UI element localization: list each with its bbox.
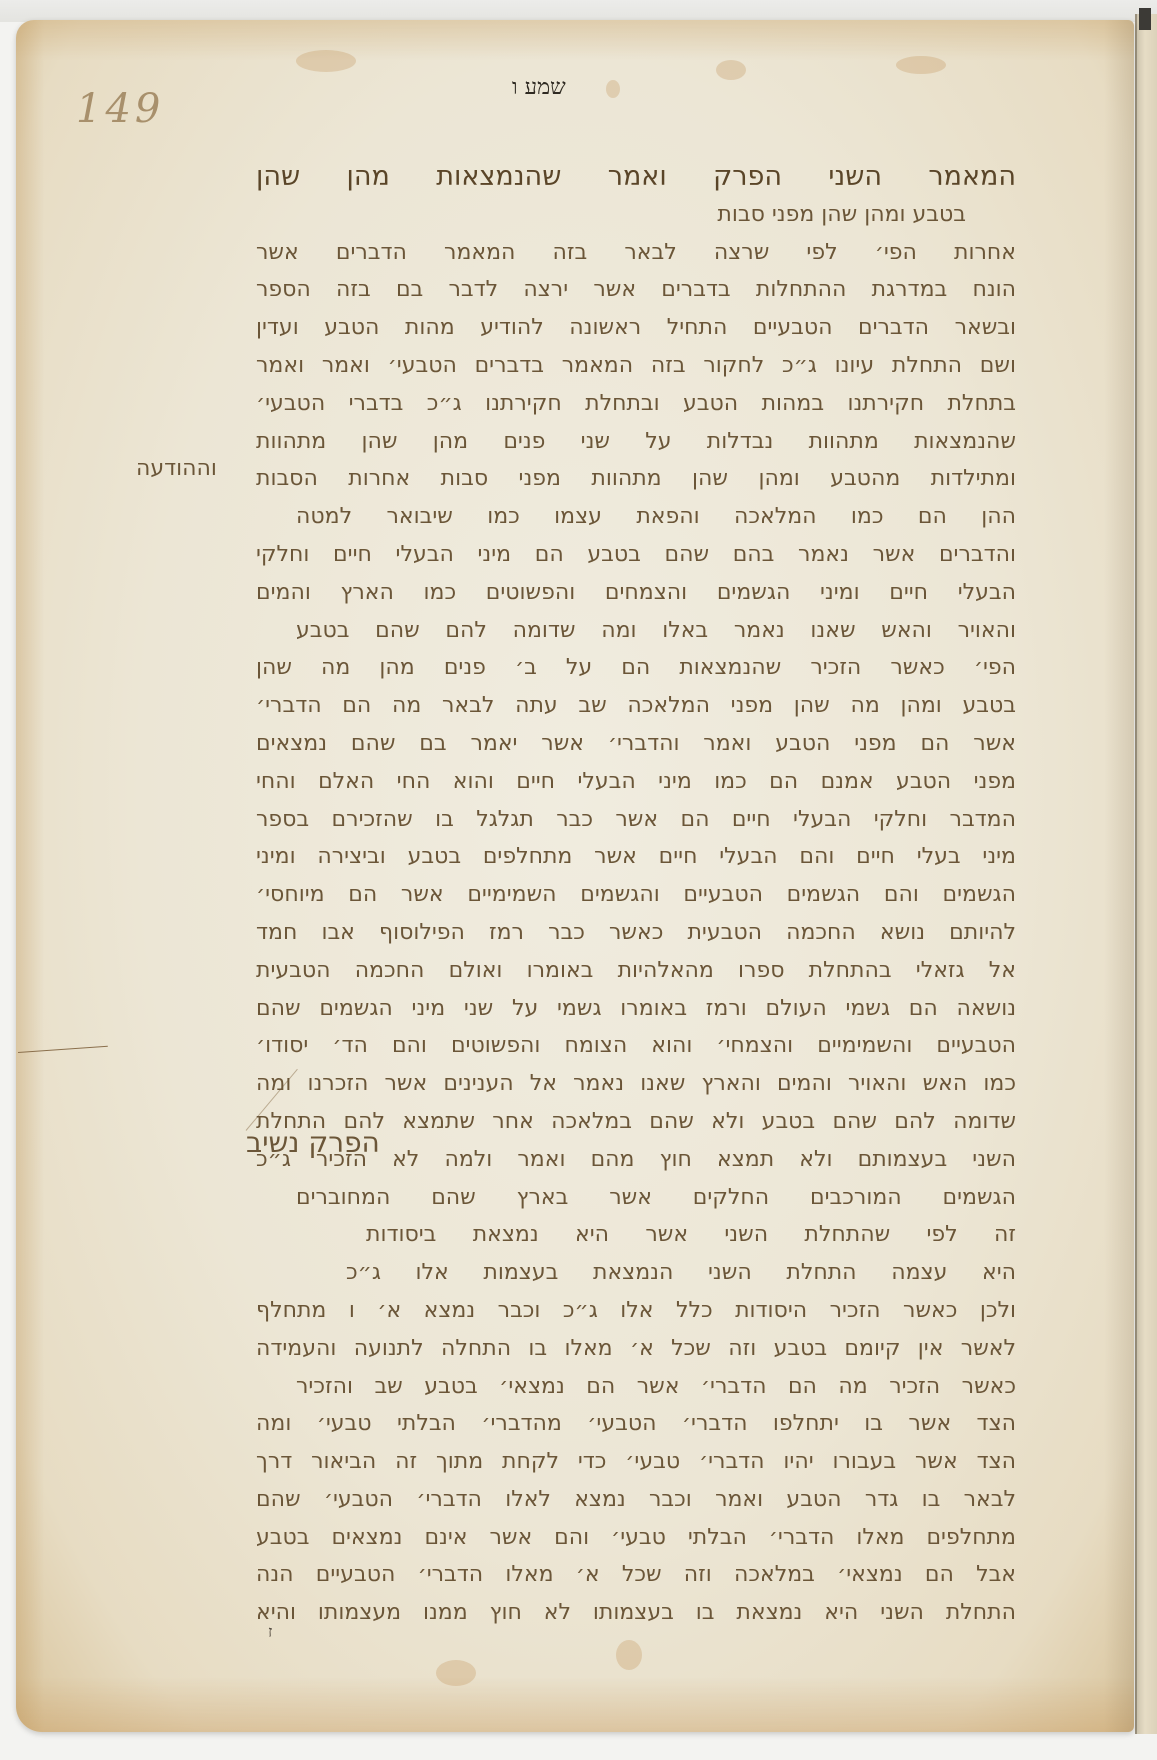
text-line: בטבע ומהן מה שהן מפני המלאכה שב עתה לבאר… [256, 687, 1016, 725]
text-line: בטבע ומהן שהן מפני סבות [256, 196, 1016, 234]
gutter-shadow [1104, 20, 1134, 1732]
text-line: הצד אשר בעבורו יהיו הדברי׳ טבעי׳ כדי לקח… [256, 1443, 1016, 1481]
text-line: והדברים אשר נאמר בהם שהם בטבע הם מיני הב… [256, 536, 1016, 574]
text-line: המדבר וחלקי הבעלי חיים הם אשר כבר תגלגל … [256, 801, 1016, 839]
text-line: אבל הם נמצאי׳ במלאכה וזה שכל א׳ מאלו הדב… [256, 1556, 1016, 1594]
text-line: הגשמים והם הגשמים הטבעיים והגשמים השמימי… [256, 876, 1016, 914]
paper-crack [18, 1046, 108, 1053]
text-line: אשר הם מפני הטבע ואמר והדברי׳ אשר יאמר ב… [256, 725, 1016, 763]
folio-number: 149 [76, 86, 164, 132]
scan-background [0, 0, 1157, 22]
text-line: השני בעצמותם ולא תמצא חוץ מהם ואמר ולמה … [256, 1141, 1016, 1179]
text-line: לבאר בו גדר הטבע ואמר וכבר נמצא לאלו הדב… [256, 1481, 1016, 1519]
text-line: מיני בעלי חיים והם הבעלי חיים אשר מתחלפי… [256, 838, 1016, 876]
text-line: להיותם נושא החכמה הטבעית כאשר כבר רמז הפ… [256, 914, 1016, 952]
text-line: ההן הם כמו המלאכה והפאת עצמו כמו שיבואר … [256, 498, 1016, 536]
text-line: ולכן כאשר הזכיר היסודות כלל אלו ג״כ וכבר… [256, 1292, 1016, 1330]
text-line: לאשר אין קיומם בטבע וזה שכל א׳ מאלו בו ה… [256, 1330, 1016, 1368]
adjacent-leaf-edge [1135, 14, 1157, 1734]
text-line: זה לפי שהתחלת השני אשר היא נמצאת ביסודות [256, 1216, 1016, 1254]
margin-note: וההודעה [136, 456, 217, 481]
stain [716, 60, 746, 80]
text-line: כמו האש והאויר והמים והארץ שאנו נאמר אל … [256, 1065, 1016, 1103]
binding-corner [1139, 8, 1151, 30]
text-line: הגשמים המורכבים החלקים אשר בארץ שהם המחו… [256, 1179, 1016, 1217]
text-line: הטבעיים והשמימיים והצמחי׳ והוא הצומח והפ… [256, 1027, 1016, 1065]
text-line: שהנמצאות מתהוות נבדלות על שני פנים מהן ש… [256, 423, 1016, 461]
text-line: היא עצמה התחלת השני הנמצאת בעצמות אלו ג״… [256, 1254, 1016, 1292]
stain [896, 56, 946, 74]
text-line: נושאה הם גשמי העולם ורמז באומרו גשמי על … [256, 990, 1016, 1028]
text-line: ומתילדות מהטבע ומהן שהן מתהוות מפני סבות… [256, 460, 1016, 498]
manuscript-page: 149 שמע ו וההודעה הפרק נשיב המאמר השני ה… [16, 20, 1134, 1732]
text-line: בתחלת חקירתנו במהות הטבע ובתחלת חקירתנו … [256, 385, 1016, 423]
text-line: שדומה להם שהם בטבע ולא שהם במלאכה אחר שת… [256, 1103, 1016, 1141]
text-line: הפי׳ כאשר הזכיר שהנמצאות הם על ב׳ פנים מ… [256, 649, 1016, 687]
text-line: ושם התחלת עיונו ג״כ לחקור בזה המאמר בדבר… [256, 347, 1016, 385]
text-line: התחלת השני היא נמצאת בו בעצמותו לא חוץ מ… [256, 1594, 1016, 1632]
stain [296, 50, 356, 72]
text-line: והאויר והאש שאנו נאמר באלו ומה שדומה להם… [256, 612, 1016, 650]
stain [436, 1660, 476, 1686]
text-line: אחרות הפי׳ לפי שרצה לבאר בזה המאמר הדברי… [256, 234, 1016, 272]
stain [606, 80, 620, 98]
text-line: הבעלי חיים ומיני הגשמים והצמחים והפשוטים… [256, 574, 1016, 612]
text-line: אל גזאלי בהתחלת ספרו מהאלהיות באומרו ואו… [256, 952, 1016, 990]
bottom-mark: ז [268, 1622, 272, 1642]
main-text-column: המאמר השני הפרק ואמר שהנמצאות מהן שהן בט… [256, 158, 1016, 1632]
chapter-heading: המאמר השני הפרק ואמר שהנמצאות מהן שהן [256, 158, 1016, 196]
text-line: מפני הטבע אמנם הם כמו מיני הבעלי חיים וה… [256, 763, 1016, 801]
text-line: הצד אשר בו יתחלפו הדברי׳ הטבעי׳ מהדברי׳ … [256, 1405, 1016, 1443]
text-line: מתחלפים מאלו הדברי׳ הבלתי טבעי׳ והם אשר … [256, 1519, 1016, 1557]
text-line: ובשאר הדברים הטבעיים התחיל ראשונה להודיע… [256, 309, 1016, 347]
running-head: שמע ו [512, 74, 566, 100]
stain [616, 1640, 642, 1670]
text-line: הונח במדרגת ההתחלות בדברים אשר ירצה לדבר… [256, 271, 1016, 309]
text-line: כאשר הזכיר מה הם הדברי׳ אשר הם נמצאי׳ בט… [256, 1368, 1016, 1406]
